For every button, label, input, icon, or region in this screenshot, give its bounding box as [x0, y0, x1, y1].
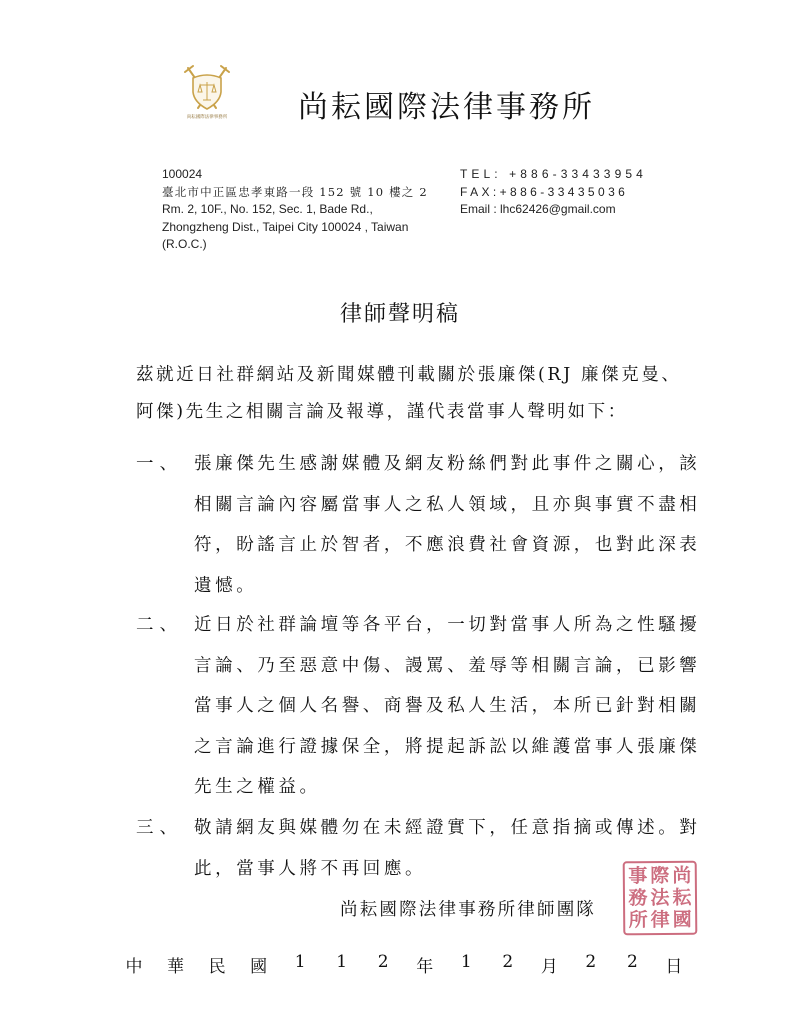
- address-zh: 臺北市中正區忠孝東路一段 152 號 10 樓之 2: [162, 184, 428, 202]
- item-line: 近日於社群論壇等各平台，一切對當事人所為之性騷擾: [194, 605, 700, 646]
- date-char: 1: [332, 952, 352, 977]
- date-char: 月: [539, 952, 559, 977]
- firm-name-heading: 尚耘國際法律事務所: [298, 82, 595, 126]
- date-char: 2: [581, 952, 601, 977]
- intro-line: 阿傑)先生之相關言論及報導，謹代表當事人聲明如下：: [136, 394, 696, 431]
- logo-caption: 尚耘國際法律事務所: [176, 114, 238, 120]
- item-line: 符，盼謠言止於智者，不應浪費社會資源，也對此深表: [194, 525, 700, 566]
- stamp-char: 耘: [671, 887, 693, 909]
- item-line: 先生之權益。: [194, 767, 700, 808]
- stamp-char: 事: [627, 865, 649, 887]
- stamp-char: 法: [649, 887, 671, 909]
- address-en-line3: (R.O.C.): [162, 236, 428, 254]
- address-block: 100024 臺北市中正區忠孝東路一段 152 號 10 樓之 2 Rm. 2,…: [162, 166, 428, 254]
- item-number: 二、: [136, 605, 183, 645]
- item-number: 一、: [136, 444, 183, 484]
- item-line: 相關言論內容屬當事人之私人領域，且亦與事實不盡相: [194, 485, 700, 526]
- stamp-char: 際: [649, 865, 671, 887]
- stamp-char: 律: [649, 909, 671, 931]
- date-char: 2: [373, 952, 393, 977]
- document-title: 律師聲明稿: [0, 297, 800, 328]
- date-char: 1: [456, 952, 476, 977]
- item-line: 當事人之個人名譽、商譽及私人生活，本所已針對相關: [194, 686, 700, 727]
- firm-seal-stamp: 事 際 尚 務 法 耘 所 律 國: [623, 861, 698, 936]
- tel-number: TEL: +886-33433954: [460, 166, 647, 184]
- date-char: 中: [124, 952, 144, 977]
- date-char: 1: [290, 952, 310, 977]
- intro-paragraph: 茲就近日社群網站及新聞媒體刊載關於張廉傑(RJ 廉傑克曼、 阿傑)先生之相關言論…: [136, 357, 696, 431]
- item-number: 三、: [136, 808, 183, 848]
- fax-number: FAX:+886-33435036: [460, 184, 647, 202]
- signature-line: 尚耘國際法律事務所律師團隊: [340, 896, 596, 921]
- date-char: 華: [166, 952, 186, 977]
- item-line: 言論、乃至惡意中傷、謾罵、羞辱等相關言論，已影響: [194, 646, 700, 687]
- address-en-line1: Rm. 2, 10F., No. 152, Sec. 1, Bade Rd.,: [162, 201, 428, 219]
- date-char: 民: [207, 952, 227, 977]
- stamp-char: 務: [627, 887, 649, 909]
- document-page: 尚耘國際法律事務所 尚耘國際法律事務所 100024 臺北市中正區忠孝東路一段 …: [0, 0, 800, 1021]
- contact-block: TEL: +886-33433954 FAX:+886-33435036 Ema…: [460, 166, 647, 219]
- address-en-line2: Zhongzheng Dist., Taipei City 100024 , T…: [162, 219, 428, 237]
- stamp-char: 所: [627, 909, 649, 931]
- date-char: 日: [664, 952, 684, 977]
- item-line: 遺憾。: [194, 566, 700, 607]
- email-address: Email : lhc62426@gmail.com: [460, 201, 647, 219]
- date-char: 2: [622, 952, 642, 977]
- postal-code: 100024: [162, 166, 428, 184]
- firm-logo: 尚耘國際法律事務所: [176, 64, 238, 126]
- shield-swords-icon: [176, 64, 238, 114]
- intro-line: 茲就近日社群網站及新聞媒體刊載關於張廉傑(RJ 廉傑克曼、: [136, 357, 696, 394]
- stamp-char: 尚: [671, 865, 693, 887]
- item-line: 張廉傑先生感謝媒體及網友粉絲們對此事件之關心，該: [194, 444, 700, 485]
- date-line: 中 華 民 國 1 1 2 年 1 2 月 2 2 日: [124, 952, 684, 977]
- item-text: 張廉傑先生感謝媒體及網友粉絲們對此事件之關心，該 相關言論內容屬當事人之私人領域…: [194, 444, 700, 606]
- date-char: 2: [498, 952, 518, 977]
- item-line: 敬請網友與媒體勿在未經證實下，任意指摘或傳述。對: [194, 808, 700, 849]
- stamp-char: 國: [671, 909, 693, 931]
- date-char: 年: [415, 952, 435, 977]
- item-text: 近日於社群論壇等各平台，一切對當事人所為之性騷擾 言論、乃至惡意中傷、謾罵、羞辱…: [194, 605, 700, 808]
- date-char: 國: [249, 952, 269, 977]
- item-line: 之言論進行證據保全，將提起訴訟以維護當事人張廉傑: [194, 727, 700, 768]
